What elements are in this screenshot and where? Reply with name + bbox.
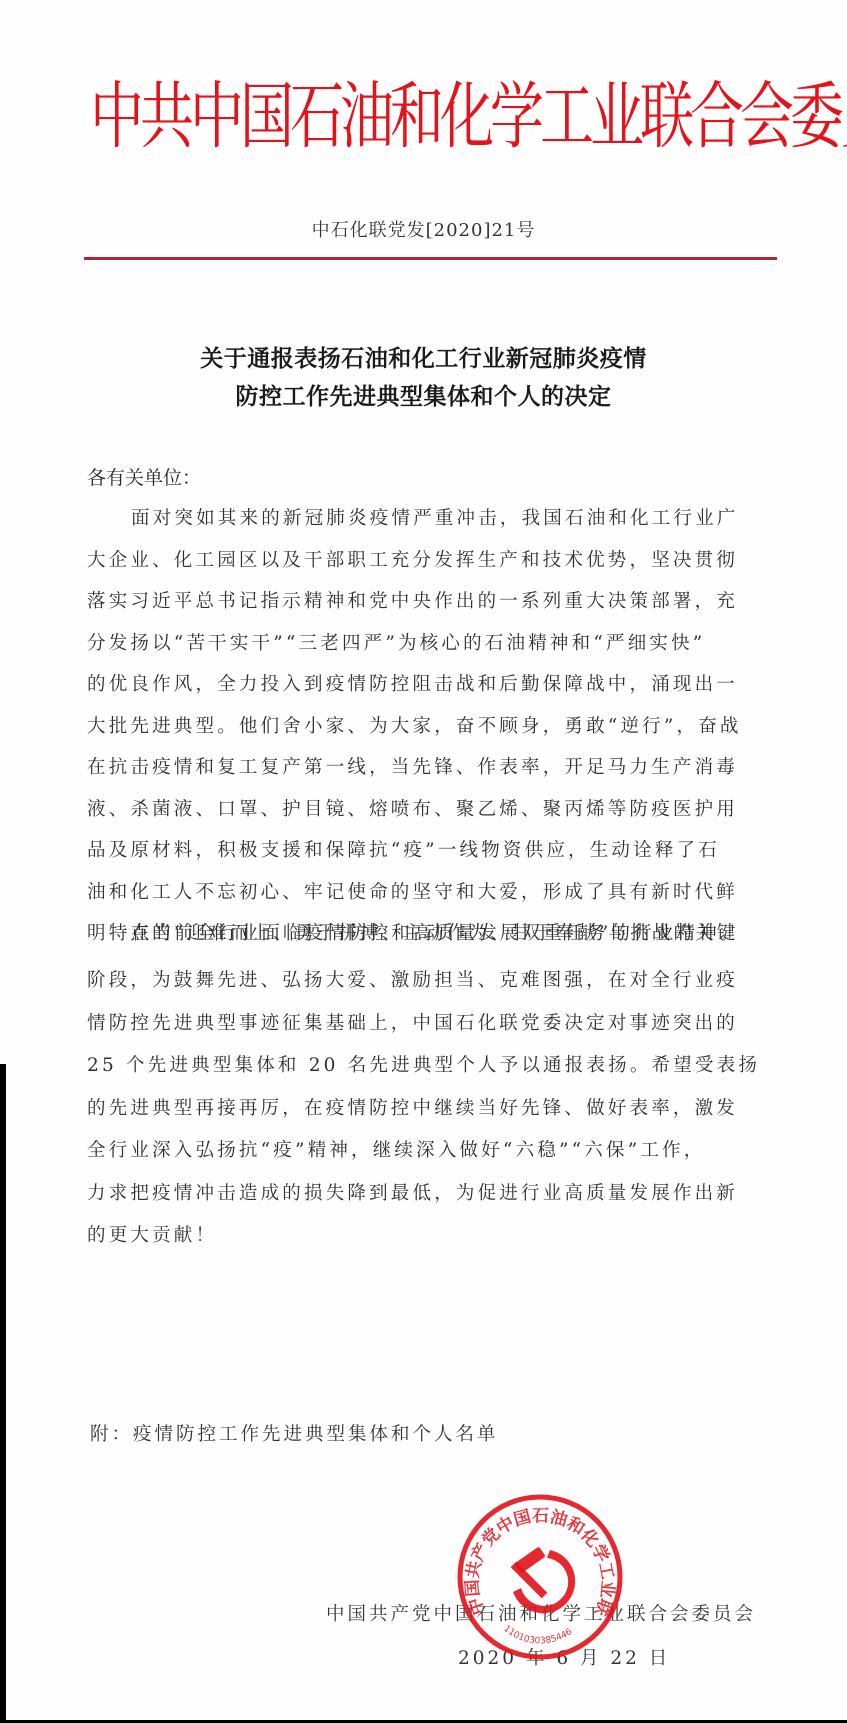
text-line: 力求把疫情冲击造成的损失降到最低，为促进行业高质量发展作出新 [87,1173,777,1216]
document-number: 中石化联党发[2020]21号 [0,216,847,242]
text-line: 品及原材料，积极支援和保障抗“疫”一线物资供应，生动诠释了石 [87,830,777,872]
masthead-title: 中共中国石油和化学工业联合会委员会文件 [90,59,784,175]
text-line: 的先进典型再接再厉，在疫情防控中继续当好先锋、做好表率，激发 [87,1088,777,1131]
paragraph-2-continued: 阶段，为鼓舞先进、弘扬大爱、激励担当、克难图强，在对全行业疫 情防控先进典型事迹… [87,960,777,1258]
text-line: 面对突如其来的新冠肺炎疫情严重冲击，我国石油和化工行业广 [87,498,777,540]
text-line: 的更大贡献！ [87,1215,777,1258]
text-line: 情防控先进典型事迹征集基础上，中国石化联党委决定对事迹突出的 [87,1003,777,1046]
text-line: 的优良作风，全力投入到疫情防控阻击战和后勤保障战中，涌现出一 [87,664,777,706]
svg-text:1101030385446: 1101030385446 [501,1624,574,1646]
text-line: 25 个先进典型集体和 20 名先进典型个人予以通报表扬。希望受表扬 [87,1045,777,1088]
text-line: 落实习近平总书记指示精神和党中央作出的一系列重大决策部署，充 [87,581,777,623]
paragraph-1: 面对突如其来的新冠肺炎疫情严重冲击，我国石油和化工行业广 大企业、化工园区以及干… [87,498,777,955]
salutation: 各有关单位： [87,463,201,490]
text-line: 在当前全行业面临疫情防控和高质量发展双重任务与挑战的关键 [87,913,777,955]
document-page: 中共中国石油和化学工业联合会委员会文件 中石化联党发[2020]21号 关于通报… [0,0,847,1723]
text-line: 阶段，为鼓舞先进、弘扬大爱、激励担当、克难图强，在对全行业疫 [87,960,777,1003]
scan-border-left [0,1064,6,1723]
official-seal-icon: 中国共产党中国石油和化学工业联合会委员会 1101030385446 [455,1492,625,1662]
text-line: 全行业深入弘扬抗“疫”精神，继续深入做好“六稳”“六保”工作， [87,1130,777,1173]
text-line: 大批先进典型。他们舍小家、为大家，奋不顾身，勇敢“逆行”，奋战 [87,706,777,748]
document-title-line-2: 防控工作先进典型集体和个人的决定 [0,378,847,411]
text-line: 大企业、化工园区以及干部职工充分发挥生产和技术优势，坚决贯彻 [87,540,777,582]
attachment-note: 附：疫情防控工作先进典型集体和个人名单 [90,1420,499,1446]
red-divider-rule [84,257,777,260]
document-title-line-1: 关于通报表扬石油和化工行业新冠肺炎疫情 [0,340,847,373]
text-line: 液、杀菌液、口罩、护目镜、熔喷布、聚乙烯、聚丙烯等防疫医护用 [87,789,777,831]
text-line: 分发扬以“苦干实干”“三老四严”为核心的石油精神和“严细实快” [87,623,777,665]
paragraph-2: 在当前全行业面临疫情防控和高质量发展双重任务与挑战的关键 [87,913,777,955]
text-line: 油和化工人不忘初心、牢记使命的坚守和大爱，形成了具有新时代鲜 [87,872,777,914]
text-line: 在抗击疫情和复工复产第一线，当先锋、作表率，开足马力生产消毒 [87,747,777,789]
